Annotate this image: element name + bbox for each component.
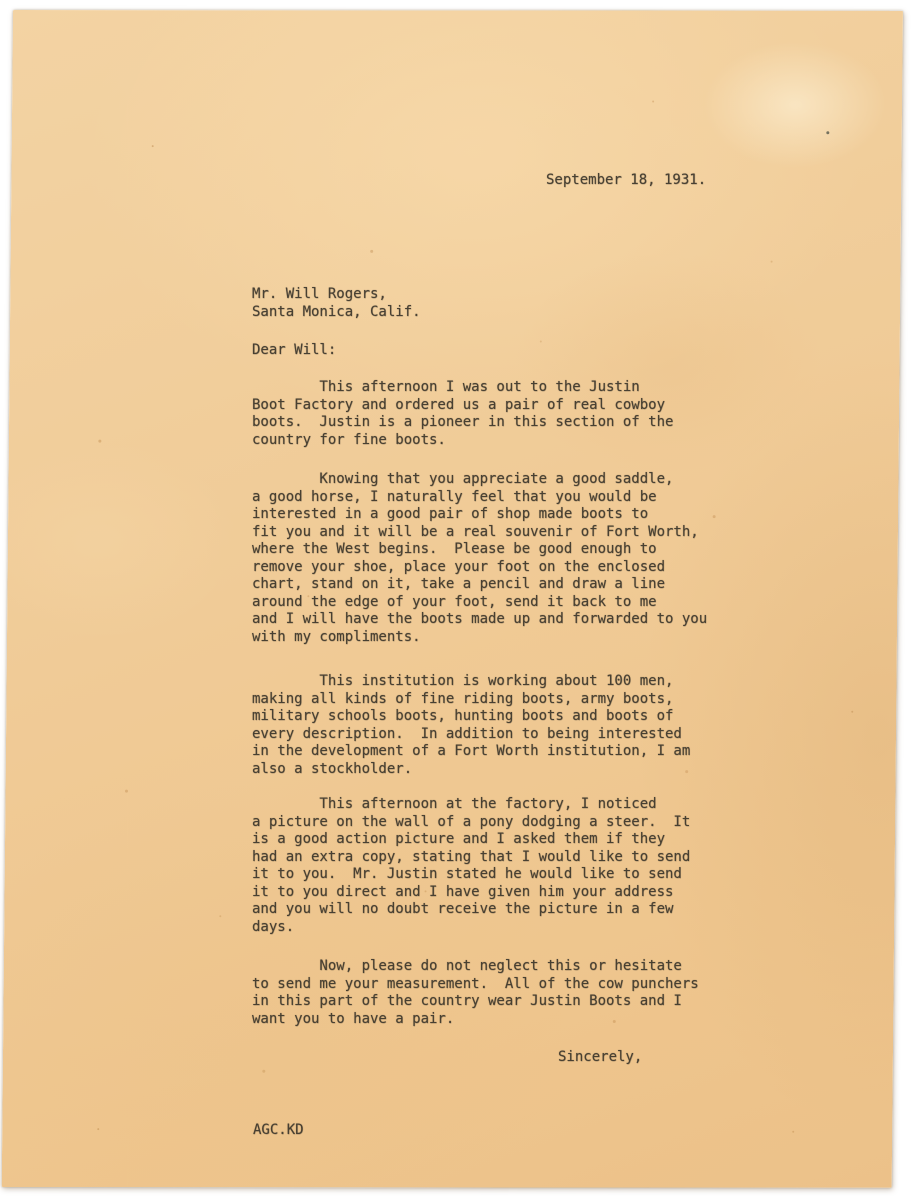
- letter-date: September 18, 1931.: [546, 172, 706, 190]
- closing-sincerely: Sincerely,: [558, 1049, 642, 1067]
- recipient-address: Mr. Will Rogers, Santa Monica, Calif.: [252, 286, 421, 321]
- salutation: Dear Will:: [252, 342, 336, 360]
- paragraph-1: This afternoon I was out to the Justin B…: [252, 379, 673, 449]
- paragraph-4: This afternoon at the factory, I noticed…: [252, 796, 690, 936]
- paragraph-5: Now, please do not neglect this or hesit…: [252, 958, 699, 1028]
- paragraph-3: This institution is working about 100 me…: [252, 673, 690, 778]
- scan-background: September 18, 1931. Mr. Will Rogers, San…: [0, 0, 917, 1200]
- paragraph-2: Knowing that you appreciate a good saddl…: [252, 471, 707, 646]
- typist-initials: AGC.KD: [253, 1122, 304, 1140]
- letter-text-layer: September 18, 1931. Mr. Will Rogers, San…: [0, 0, 917, 1200]
